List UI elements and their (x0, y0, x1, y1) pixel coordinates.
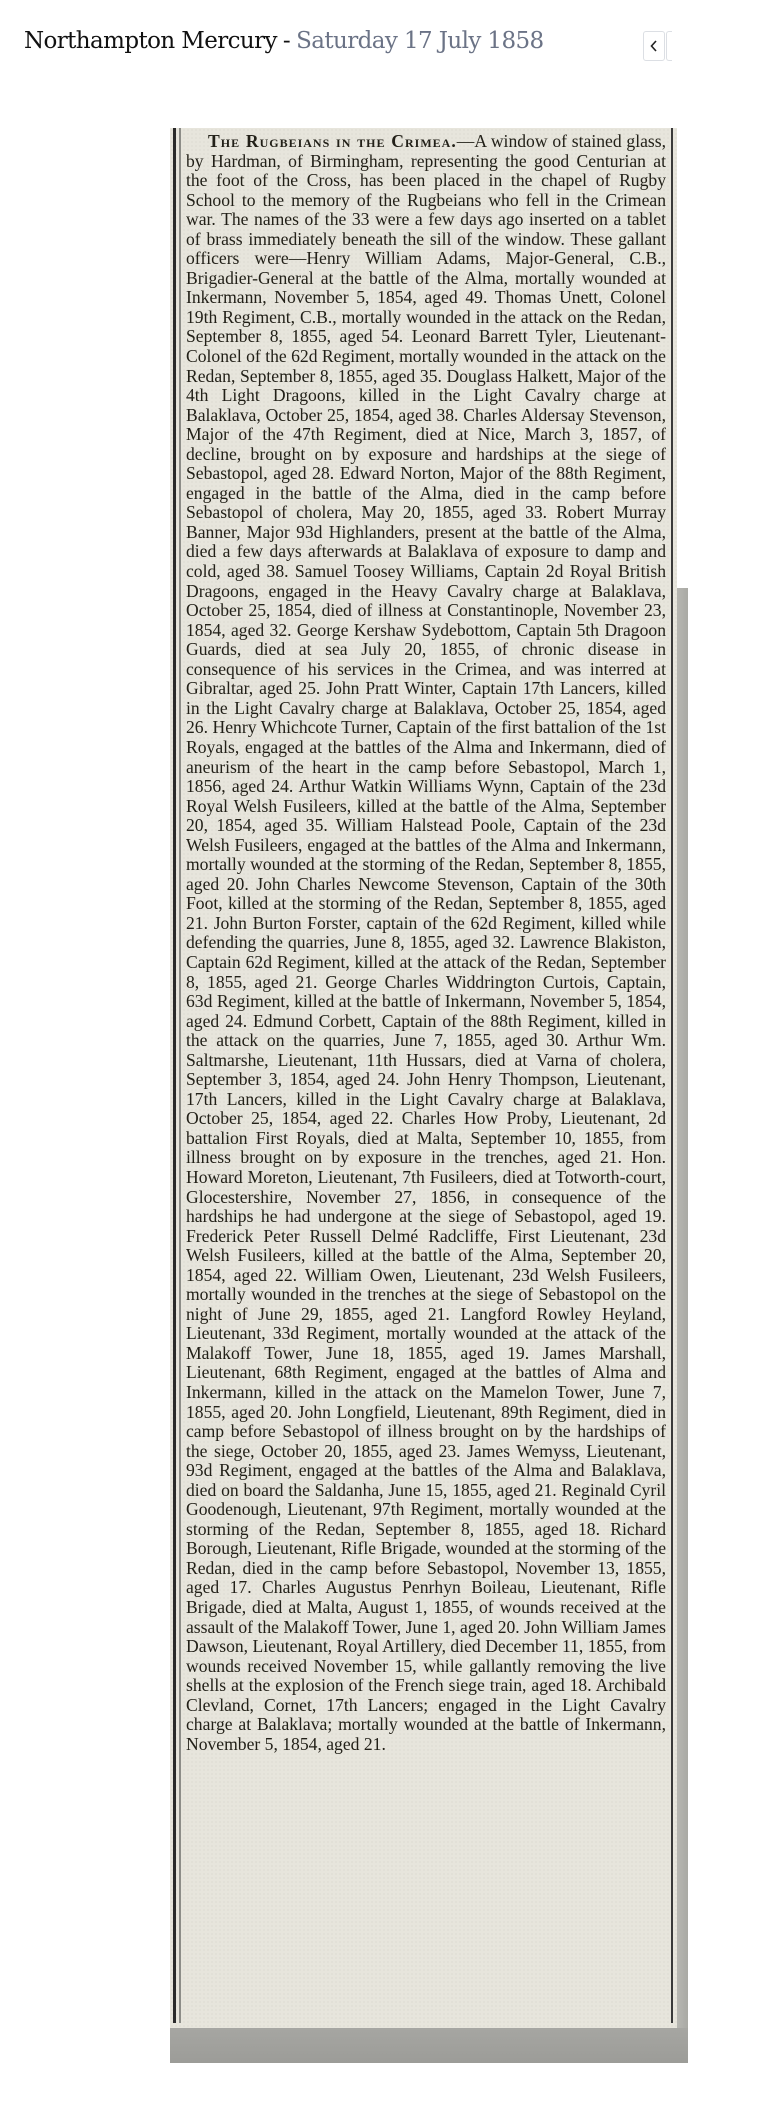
article-headline: The Rugbeians in the Crimea. (208, 131, 457, 151)
page-header: Northampton Mercury - Saturday 17 July 1… (24, 28, 544, 62)
chevron-left-icon (649, 40, 659, 52)
column-rule-left-inner (179, 128, 181, 2023)
newspaper-clipping-image: The Rugbeians in the Crimea.—A window of… (170, 128, 688, 2063)
column-rule-left (173, 128, 176, 2023)
article-text: The Rugbeians in the Crimea.—A window of… (186, 132, 666, 1754)
publication-title: Northampton Mercury (24, 28, 277, 54)
title-separator: - (283, 28, 290, 54)
column-rule-right (671, 128, 673, 2023)
article-body: —A window of stained glass, by Hardman, … (186, 131, 666, 1754)
issue-date: Saturday 17 July 1858 (296, 28, 543, 54)
scan-bottom-margin (170, 2028, 688, 2063)
article-paragraph: The Rugbeians in the Crimea.—A window of… (186, 132, 666, 1754)
page-navigation (643, 31, 672, 62)
next-button[interactable] (666, 31, 672, 61)
previous-button[interactable] (643, 31, 665, 61)
